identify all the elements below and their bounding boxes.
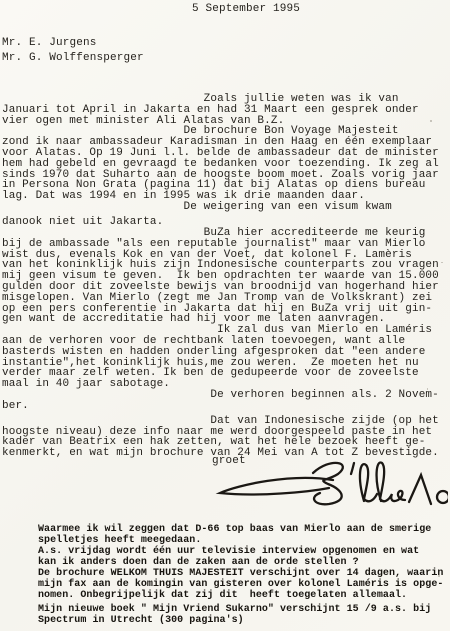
recipient-line: Mr. E. Jurgens — [2, 36, 144, 51]
letter-body: Zoals jullie weten was ik vanJanuari tot… — [2, 94, 448, 459]
letter-date: 5 September 1995 — [192, 3, 300, 15]
scan-speck — [441, 262, 443, 263]
postscript-line: spelletjes heeft meegedaan. — [38, 535, 448, 546]
letter-line: De verhoren beginnen als. 2 Novem- — [2, 390, 448, 401]
postscript-line: mijn fax aan de komingin van gisteren ov… — [38, 579, 448, 590]
letter-line: Januari tot April in Jakarta en had 31 M… — [2, 105, 448, 116]
postscript-line: nomen. Onbegrijpelijk dat zij dit heeft … — [38, 590, 448, 601]
scan-speck — [427, 388, 428, 390]
handwritten-signature — [213, 449, 448, 519]
recipient-line: Mr. G. Wolffensperger — [2, 51, 144, 66]
letter-line: hem had gebeld en gevraagd te bedanken v… — [2, 159, 448, 170]
postscript-line: De brochure WELKOM THUIS MAJESTEIT versc… — [38, 568, 448, 579]
postscript-line: Waarmee ik wil zeggen dat D-66 top baas … — [38, 524, 448, 535]
scanned-letter-page: 5 September 1995 Mr. E. JurgensMr. G. Wo… — [0, 0, 450, 631]
postscript-line: kan ik anders doen dan de zaken aan de o… — [38, 557, 448, 568]
recipient-address-block: Mr. E. JurgensMr. G. Wolffensperger — [2, 36, 144, 66]
letter-line: bij de ambassade "als een reputable jour… — [2, 239, 448, 250]
letter-line: ber. — [2, 401, 448, 412]
letter-line: misgelopen. Van Mierlo (zegt me Jan Trom… — [2, 293, 448, 304]
postscript-block: Waarmee ik wil zeggen dat D-66 top baas … — [38, 524, 448, 626]
scan-speck — [430, 120, 432, 122]
postscript-line: A.s. vrijdag wordt één uur televisie int… — [38, 546, 448, 557]
postscript-line: Mijn nieuwe boek " Mijn Vriend Sukarno" … — [38, 604, 448, 615]
scan-speck — [438, 575, 440, 577]
letter-line: basterds wisten en hadden onderling afge… — [2, 347, 448, 358]
letter-line: De weigering van een visum kwam — [2, 202, 448, 213]
postscript-line: Spectrum in Utrecht (300 pagina's) — [38, 615, 448, 626]
